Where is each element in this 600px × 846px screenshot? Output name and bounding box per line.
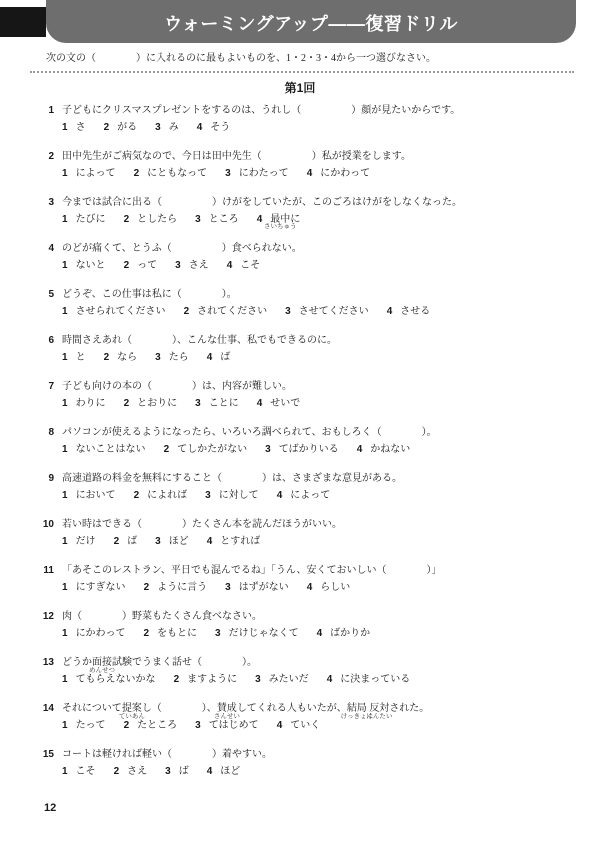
question-text: どうぞ、この仕事は私に（ ）。 [62,287,582,304]
option-number: 3 [255,674,261,685]
option-number: 4 [207,352,213,363]
question-row: 7 子ども向けの本の（ ）は、内容が難しい。 1わりに2とおりに3ことに4せいで [36,379,582,412]
option: 2とおりに [124,398,178,409]
question-row: 5 どうぞ、この仕事は私に（ ）。 1させられてください2されてください3させて… [36,287,582,320]
option-label: み [169,122,179,133]
option-label: ないことはない [76,444,146,455]
question-options: 1ないと2って3さえ4こそ [62,258,582,275]
option-number: 2 [144,582,150,593]
question-text: 若い時はできる（ ）たくさん本を読んだほうがいい。 [62,517,582,534]
option: 4ば [207,352,231,363]
option: 1わりに [62,398,106,409]
option-number: 4 [317,628,323,639]
option-label: さえ [189,260,209,271]
option-label: によって [76,168,116,179]
option: 4せいで [257,398,301,409]
question-body: 子どもにクリスマスプレゼントをするのは、うれし（ ）顔が見たいからです。 1さ2… [62,103,582,136]
option-number: 1 [62,490,68,501]
question-row: 6 時間さえあれ（ ）、こんな仕事、私でもできるのに。 1と2なら3たら4ば [36,333,582,366]
option-number: 2 [143,628,149,639]
option-number: 2 [104,122,110,133]
option-label: にわたって [239,168,289,179]
question-options: 1たって2たところ3てはじめて4ていく [62,718,582,735]
option-label: させられてください [76,306,166,317]
question-body: どうぞ、この仕事は私に（ ）。 1させられてください2されてください3させてくだ… [62,287,582,320]
option: 2によれば [134,490,188,501]
option-number: 4 [387,306,393,317]
furigana: はんたい [366,713,392,720]
option-label: ないと [76,260,106,271]
option-label: 最中さいちゅうに [270,214,300,225]
option-label: かねない [370,444,410,455]
option-number: 3 [175,260,181,271]
question-body: 高速道路の料金を無料にすること（ ）は、さまざまな意見がある。 1において2によ… [62,471,582,504]
option: 3てばかりいる [265,444,339,455]
option: 2されてください [184,306,268,317]
option: 2としたら [124,214,178,225]
option: 1と [62,352,86,363]
question-text: 時間さえあれ（ ）、こんな仕事、私でもできるのに。 [62,333,582,350]
option-number: 4 [257,398,263,409]
option: 1にすぎない [62,582,126,593]
question-row: 2 田中先生がご病気なので、今日は田中先生（ ）私が授業をします。 1によって2… [36,149,582,182]
question-number: 4 [36,241,54,274]
option-label: によって [290,490,330,501]
option-number: 4 [197,122,203,133]
option: 4ばかりか [317,628,371,639]
option: 4らしい [307,582,351,593]
option-number: 4 [257,214,263,225]
question-options: 1さ2がる3み4そう [62,120,582,137]
furigana-base: 賛成さんせい [217,701,237,718]
question-options: 1させられてください2されてください3させてください4させる [62,304,582,321]
option-number: 4 [277,490,283,501]
option: 4に決まっている [327,674,411,685]
option-label: てしかたがない [177,444,247,455]
option-label: こそ [240,260,260,271]
option-label: ほど [169,536,189,547]
option-label: に対して [219,490,259,501]
option: 1たって [62,720,106,731]
option: 4こそ [227,260,261,271]
option-label: をもとに [157,628,197,639]
option-label: させる [400,306,430,317]
option: 3はずがない [225,582,289,593]
option-number: 3 [195,398,201,409]
option: 3ほど [155,536,189,547]
option-label: せいで [270,398,300,409]
furigana-base: 提案ていあん [122,701,142,718]
instruction-text: 次の文の（ ）に入れるのに最もよいものを、1・2・3・4から一つ選びなさい。 [46,53,436,65]
option-label: ば [220,352,230,363]
option-label: さ [76,122,86,133]
option: 4ほど [207,766,241,777]
option: 4させる [387,306,431,317]
option-label: ことに [209,398,239,409]
option: 2てしかたがない [164,444,248,455]
option-label: ように言う [157,582,207,593]
option-number: 4 [227,260,233,271]
question-options: 1と2なら3たら4ば [62,350,582,367]
option-number: 2 [184,306,190,317]
option-label: らしい [320,582,350,593]
furigana: さんせい [214,713,240,720]
option: 1てもらえないかな [62,674,156,685]
option-label: てばかりいる [279,444,339,455]
question-row: 13 どうか面接めんせつ試験でうまく話せ（ ）。 1てもらえないかな2ますように… [36,655,582,688]
option-number: 1 [62,122,68,133]
question-row: 8 パソコンが使えるようになったら、いろいろ調べられて、おもしろく（ ）。 1な… [36,425,582,458]
option: 3に対して [205,490,259,501]
option-label: なら [117,352,137,363]
question-number: 7 [36,379,54,412]
option-number: 1 [62,214,68,225]
option-number: 4 [307,582,313,593]
option-label: たびに [76,214,106,225]
option: 3ところ [195,214,239,225]
option-number: 3 [195,214,201,225]
question-text: コートは軽ければ軽い（ ）着やすい。 [62,747,582,764]
question-body: のどが痛くて、とうふ（ ）食べられない。 1ないと2って3さえ4こそ [62,241,582,274]
option-number: 2 [134,490,140,501]
option-label: みたいだ [269,674,309,685]
question-number: 8 [36,425,54,458]
question-options: 1において2によれば3に対して4によって [62,488,582,505]
option-number: 2 [114,766,120,777]
furigana: さいちゅう [264,223,297,230]
option-number: 2 [124,260,130,271]
option-number: 1 [62,168,68,179]
option-label: されてください [197,306,267,317]
option-number: 3 [155,352,161,363]
option: 1だけ [62,536,96,547]
option: 1こそ [62,766,96,777]
option-number: 3 [265,444,271,455]
option-number: 1 [62,720,68,731]
option-label: だけじゃなくて [229,628,299,639]
option: 2って [124,260,158,271]
question-text: 今までは試合に出る（ ）けがをしていたが、このごろはけがをしなくなった。 [62,195,582,212]
option-label: たら [169,352,189,363]
question-row: 1 子どもにクリスマスプレゼントをするのは、うれし（ ）顔が見たいからです。 1… [36,103,582,136]
option-label: とすれば [220,536,260,547]
option-label: とおりに [137,398,177,409]
option-label: ところ [209,214,239,225]
furigana-base: 面接めんせつ [92,655,112,672]
option: 4とすれば [207,536,261,547]
option-label: としたら [137,214,177,225]
question-number: 14 [36,701,54,734]
question-text: 肉（ ）野菜もたくさん食べなさい。 [62,609,582,626]
option-label: ば [127,536,137,547]
option-label: にすぎない [76,582,126,593]
question-options: 1にかわって2をもとに3だけじゃなくて4ばかりか [62,626,582,643]
option-number: 3 [225,168,231,179]
option-label: さえ [127,766,147,777]
option: 2ば [114,536,138,547]
option-number: 3 [205,490,211,501]
option-number: 2 [164,444,170,455]
question-text: のどが痛くて、とうふ（ ）食べられない。 [62,241,582,258]
option: 1にかわって [62,628,125,639]
option: 1さ [62,122,86,133]
question-row: 9 高速道路の料金を無料にすること（ ）は、さまざまな意見がある。 1において2… [36,471,582,504]
option-label: ほど [220,766,240,777]
option-label: って [137,260,157,271]
option-label: てはじめて [209,720,259,731]
question-body: パソコンが使えるようになったら、いろいろ調べられて、おもしろく（ ）。 1ないこ… [62,425,582,458]
option-label: に決まっている [340,674,410,685]
question-body: 時間さえあれ（ ）、こんな仕事、私でもできるのに。 1と2なら3たら4ば [62,333,582,366]
option-label: そう [210,122,230,133]
furigana-base: 最中さいちゅう [270,212,290,229]
question-body: 肉（ ）野菜もたくさん食べなさい。 1にかわって2をもとに3だけじゃなくて4ばか… [62,609,582,642]
option-number: 1 [62,536,68,547]
option-number: 4 [207,536,213,547]
question-body: それについて提案ていあんし（ ）、賛成さんせいしてくれる人もいたが、結局けっきょ… [62,701,582,734]
question-number: 10 [36,517,54,550]
option-label: ていく [290,720,320,731]
option: 2ように言う [144,582,208,593]
option: 3ことに [195,398,239,409]
option: 4そう [197,122,231,133]
option: 1ないことはない [62,444,146,455]
question-number: 12 [36,609,54,642]
option-number: 2 [134,168,140,179]
chapter-edge-tab [0,7,46,37]
question-body: 若い時はできる（ ）たくさん本を読んだほうがいい。 1だけ2ば3ほど4とすれば [62,517,582,550]
option-label: こそ [76,766,96,777]
question-text: 「あそこのレストラン、平日でも混んでるね」「うん、安くておいしい（ ）」 [62,563,582,580]
option-label: がる [117,122,137,133]
option-label: にかわって [76,628,126,639]
question-text: どうか面接めんせつ試験でうまく話せ（ ）。 [62,655,582,672]
option: 2をもとに [143,628,197,639]
option-number: 1 [62,444,68,455]
option-number: 1 [62,306,68,317]
option: 2なら [104,352,138,363]
question-row: 3 今までは試合に出る（ ）けがをしていたが、このごろはけがをしなくなった。 1… [36,195,582,228]
title-banner: ウォーミングアップ——復習ドリル [46,0,576,43]
questions-list: 1 子どもにクリスマスプレゼントをするのは、うれし（ ）顔が見たいからです。 1… [36,103,582,793]
option: 3さえ [175,260,209,271]
furigana-base: 反対はんたい [369,701,389,718]
question-text: 高速道路の料金を無料にすること（ ）は、さまざまな意見がある。 [62,471,582,488]
furigana: めんせつ [89,667,115,674]
option: 1において [62,490,116,501]
option-number: 1 [62,260,68,271]
option-label: ばかりか [330,628,370,639]
option-label: にかわって [320,168,370,179]
question-number: 3 [36,195,54,228]
question-options: 1によって2にともなって3にわたって4にかわって [62,166,582,183]
question-text: 子ども向けの本の（ ）は、内容が難しい。 [62,379,582,396]
option-label: と [76,352,86,363]
option-number: 3 [215,628,221,639]
option-number: 3 [155,536,161,547]
question-body: コートは軽ければ軽い（ ）着やすい。 1こそ2さえ3ば4ほど [62,747,582,780]
question-number: 9 [36,471,54,504]
option-label: わりに [76,398,106,409]
question-body: 今までは試合に出る（ ）けがをしていたが、このごろはけがをしなくなった。 1たび… [62,195,582,228]
option: 1させられてください [62,306,166,317]
question-body: 田中先生がご病気なので、今日は田中先生（ ）私が授業をします。 1によって2にと… [62,149,582,182]
option-number: 3 [155,122,161,133]
option: 2さえ [114,766,148,777]
option-number: 1 [62,398,68,409]
question-row: 4 のどが痛くて、とうふ（ ）食べられない。 1ないと2って3さえ4こそ [36,241,582,274]
question-row: 15 コートは軽ければ軽い（ ）着やすい。 1こそ2さえ3ば4ほど [36,747,582,780]
question-number: 6 [36,333,54,366]
question-text: それについて提案ていあんし（ ）、賛成さんせいしてくれる人もいたが、結局けっきょ… [62,701,582,718]
option: 3にわたって [225,168,289,179]
option-number: 4 [357,444,363,455]
option: 3み [155,122,179,133]
option-number: 4 [327,674,333,685]
question-options: 1たびに2としたら3ところ4最中さいちゅうに [62,212,582,229]
option-number: 1 [62,766,68,777]
option-number: 4 [207,766,213,777]
option-label: たところ [137,720,177,731]
question-body: 子ども向けの本の（ ）は、内容が難しい。 1わりに2とおりに3ことに4せいで [62,379,582,412]
question-number: 5 [36,287,54,320]
question-options: 1だけ2ば3ほど4とすれば [62,534,582,551]
option: 4ていく [277,720,321,731]
option-number: 3 [165,766,171,777]
option-label: させてください [299,306,369,317]
option-number: 2 [174,674,180,685]
option-number: 1 [62,352,68,363]
option-number: 3 [225,582,231,593]
option-label: たって [76,720,106,731]
option: 4最中さいちゅうに [257,214,301,225]
section-title: 第1回 [0,79,600,96]
question-number: 15 [36,747,54,780]
option-number: 1 [62,582,68,593]
option-label: にともなって [147,168,207,179]
option-label: はずがない [239,582,289,593]
option-label: ば [179,766,189,777]
option: 1によって [62,168,116,179]
option: 1たびに [62,214,106,225]
option-number: 1 [62,628,68,639]
option: 3させてください [285,306,369,317]
question-options: 1ないことはない2てしかたがない3てばかりいる4かねない [62,442,582,459]
option: 3たら [155,352,189,363]
option-label: だけ [76,536,96,547]
question-number: 11 [36,563,54,596]
question-row: 14 それについて提案ていあんし（ ）、賛成さんせいしてくれる人もいたが、結局け… [36,701,582,734]
question-body: 「あそこのレストラン、平日でも混んでるね」「うん、安くておいしい（ ）」 1にす… [62,563,582,596]
question-options: 1こそ2さえ3ば4ほど [62,764,582,781]
furigana-base: 結局けっきょく [347,701,367,718]
option: 2たところ [124,720,178,731]
dotted-divider [30,71,574,73]
option: 2にともなって [134,168,208,179]
option: 3てはじめて [195,720,259,731]
page-title: ウォーミングアップ——復習ドリル [164,8,458,36]
question-text: パソコンが使えるようになったら、いろいろ調べられて、おもしろく（ ）。 [62,425,582,442]
option-label: ますように [187,674,237,685]
question-number: 2 [36,149,54,182]
question-body: どうか面接めんせつ試験でうまく話せ（ ）。 1てもらえないかな2ますように3みた… [62,655,582,688]
option-number: 3 [195,720,201,731]
question-row: 10 若い時はできる（ ）たくさん本を読んだほうがいい。 1だけ2ば3ほど4とす… [36,517,582,550]
option: 2ますように [174,674,238,685]
question-number: 1 [36,103,54,136]
option-number: 2 [114,536,120,547]
question-text: 田中先生がご病気なので、今日は田中先生（ ）私が授業をします。 [62,149,582,166]
page-number: 12 [44,802,56,814]
option: 4かねない [357,444,411,455]
option-number: 4 [307,168,313,179]
question-options: 1にすぎない2ように言う3はずがない4らしい [62,580,582,597]
option: 4によって [277,490,331,501]
question-options: 1わりに2とおりに3ことに4せいで [62,396,582,413]
option-number: 2 [104,352,110,363]
option: 1ないと [62,260,106,271]
question-row: 12 肉（ ）野菜もたくさん食べなさい。 1にかわって2をもとに3だけじゃなくて… [36,609,582,642]
option-label: において [76,490,116,501]
option-label: てもらえないかな [76,674,156,685]
option-number: 4 [277,720,283,731]
question-row: 11 「あそこのレストラン、平日でも混んでるね」「うん、安くておいしい（ ）」 … [36,563,582,596]
option-label: によれば [147,490,187,501]
question-options: 1てもらえないかな2ますように3みたいだ4に決まっている [62,672,582,689]
option: 3ば [165,766,189,777]
option-number: 1 [62,674,68,685]
option-number: 3 [285,306,291,317]
option-number: 2 [124,214,130,225]
option-number: 2 [124,398,130,409]
option: 2がる [104,122,138,133]
option-number: 2 [124,720,130,731]
option: 3みたいだ [255,674,309,685]
question-text: 子どもにクリスマスプレゼントをするのは、うれし（ ）顔が見たいからです。 [62,103,582,120]
option: 3だけじゃなくて [215,628,299,639]
furigana: ていあん [119,713,145,720]
option: 4にかわって [307,168,370,179]
question-number: 13 [36,655,54,688]
